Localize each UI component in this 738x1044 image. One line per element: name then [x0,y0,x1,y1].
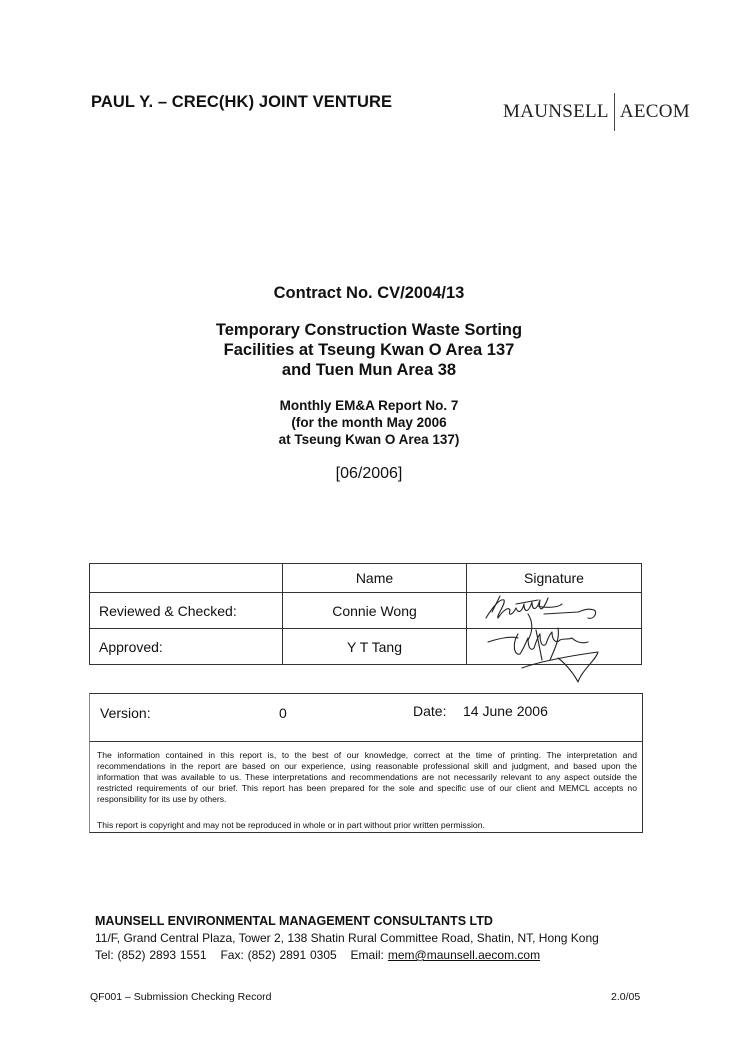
form-code: QF001 – Submission Checking Record [90,991,272,1003]
signoff-table: Name Signature Reviewed & Checked: Conni… [89,563,642,665]
report-subtitle: Monthly EM&A Report No. 7 (for the month… [0,397,738,448]
table-row: Reviewed & Checked: Connie Wong [90,593,642,629]
table-header-row: Name Signature [90,564,642,593]
joint-venture-title: PAUL Y. – CREC(HK) JOINT VENTURE [91,93,392,112]
name-cell: Connie Wong [283,593,467,629]
date-label: Date: [413,703,446,719]
name-cell: Y T Tang [283,629,467,665]
logo-aecom: AECOM [615,93,690,123]
email-link[interactable]: mem@maunsell.aecom.com [388,948,540,962]
company-contact: Tel: (852) 2893 1551 Fax: (852) 2891 030… [95,948,540,962]
role-cell: Approved: [90,629,283,665]
project-title: Temporary Construction Waste Sorting Fac… [0,320,738,380]
version-value: 0 [279,705,287,721]
project-title-line: Temporary Construction Waste Sorting [0,320,738,340]
company-name: MAUNSELL ENVIRONMENTAL MANAGEMENT CONSUL… [95,914,493,928]
version-info-box: Version: 0 Date: 14 June 2006 The inform… [89,693,643,833]
contract-number: Contract No. CV/2004/13 [0,284,738,303]
version-label: Version: [100,705,151,721]
copyright-notice: This report is copyright and may not be … [97,820,485,830]
role-cell: Reviewed & Checked: [90,593,283,629]
maunsell-aecom-logo: MAUNSELL AECOM [503,93,690,135]
report-subtitle-line: at Tseung Kwan O Area 137) [0,431,738,448]
fax: Fax: (852) 2891 0305 [220,948,336,962]
project-title-line: and Tuen Mun Area 38 [0,360,738,380]
table-row: Approved: Y T Tang [90,629,642,665]
header-cell-signature: Signature [467,564,642,593]
signature-cell [467,629,642,665]
telephone: Tel: (852) 2893 1551 [95,948,207,962]
report-date-code: [06/2006] [0,465,738,483]
signature-cell [467,593,642,629]
disclaimer-text: The information contained in this report… [97,750,637,805]
date-value: 14 June 2006 [463,703,548,719]
company-address: 11/F, Grand Central Plaza, Tower 2, 138 … [95,931,599,945]
header-cell-name: Name [283,564,467,593]
email-label: Email: [351,948,384,962]
form-version: 2.0/05 [611,991,640,1003]
report-subtitle-line: (for the month May 2006 [0,414,738,431]
header-cell-empty [90,564,283,593]
logo-maunsell: MAUNSELL [503,93,614,123]
report-subtitle-line: Monthly EM&A Report No. 7 [0,397,738,414]
project-title-line: Facilities at Tseung Kwan O Area 137 [0,340,738,360]
version-date-row: Version: 0 Date: 14 June 2006 [90,694,642,742]
